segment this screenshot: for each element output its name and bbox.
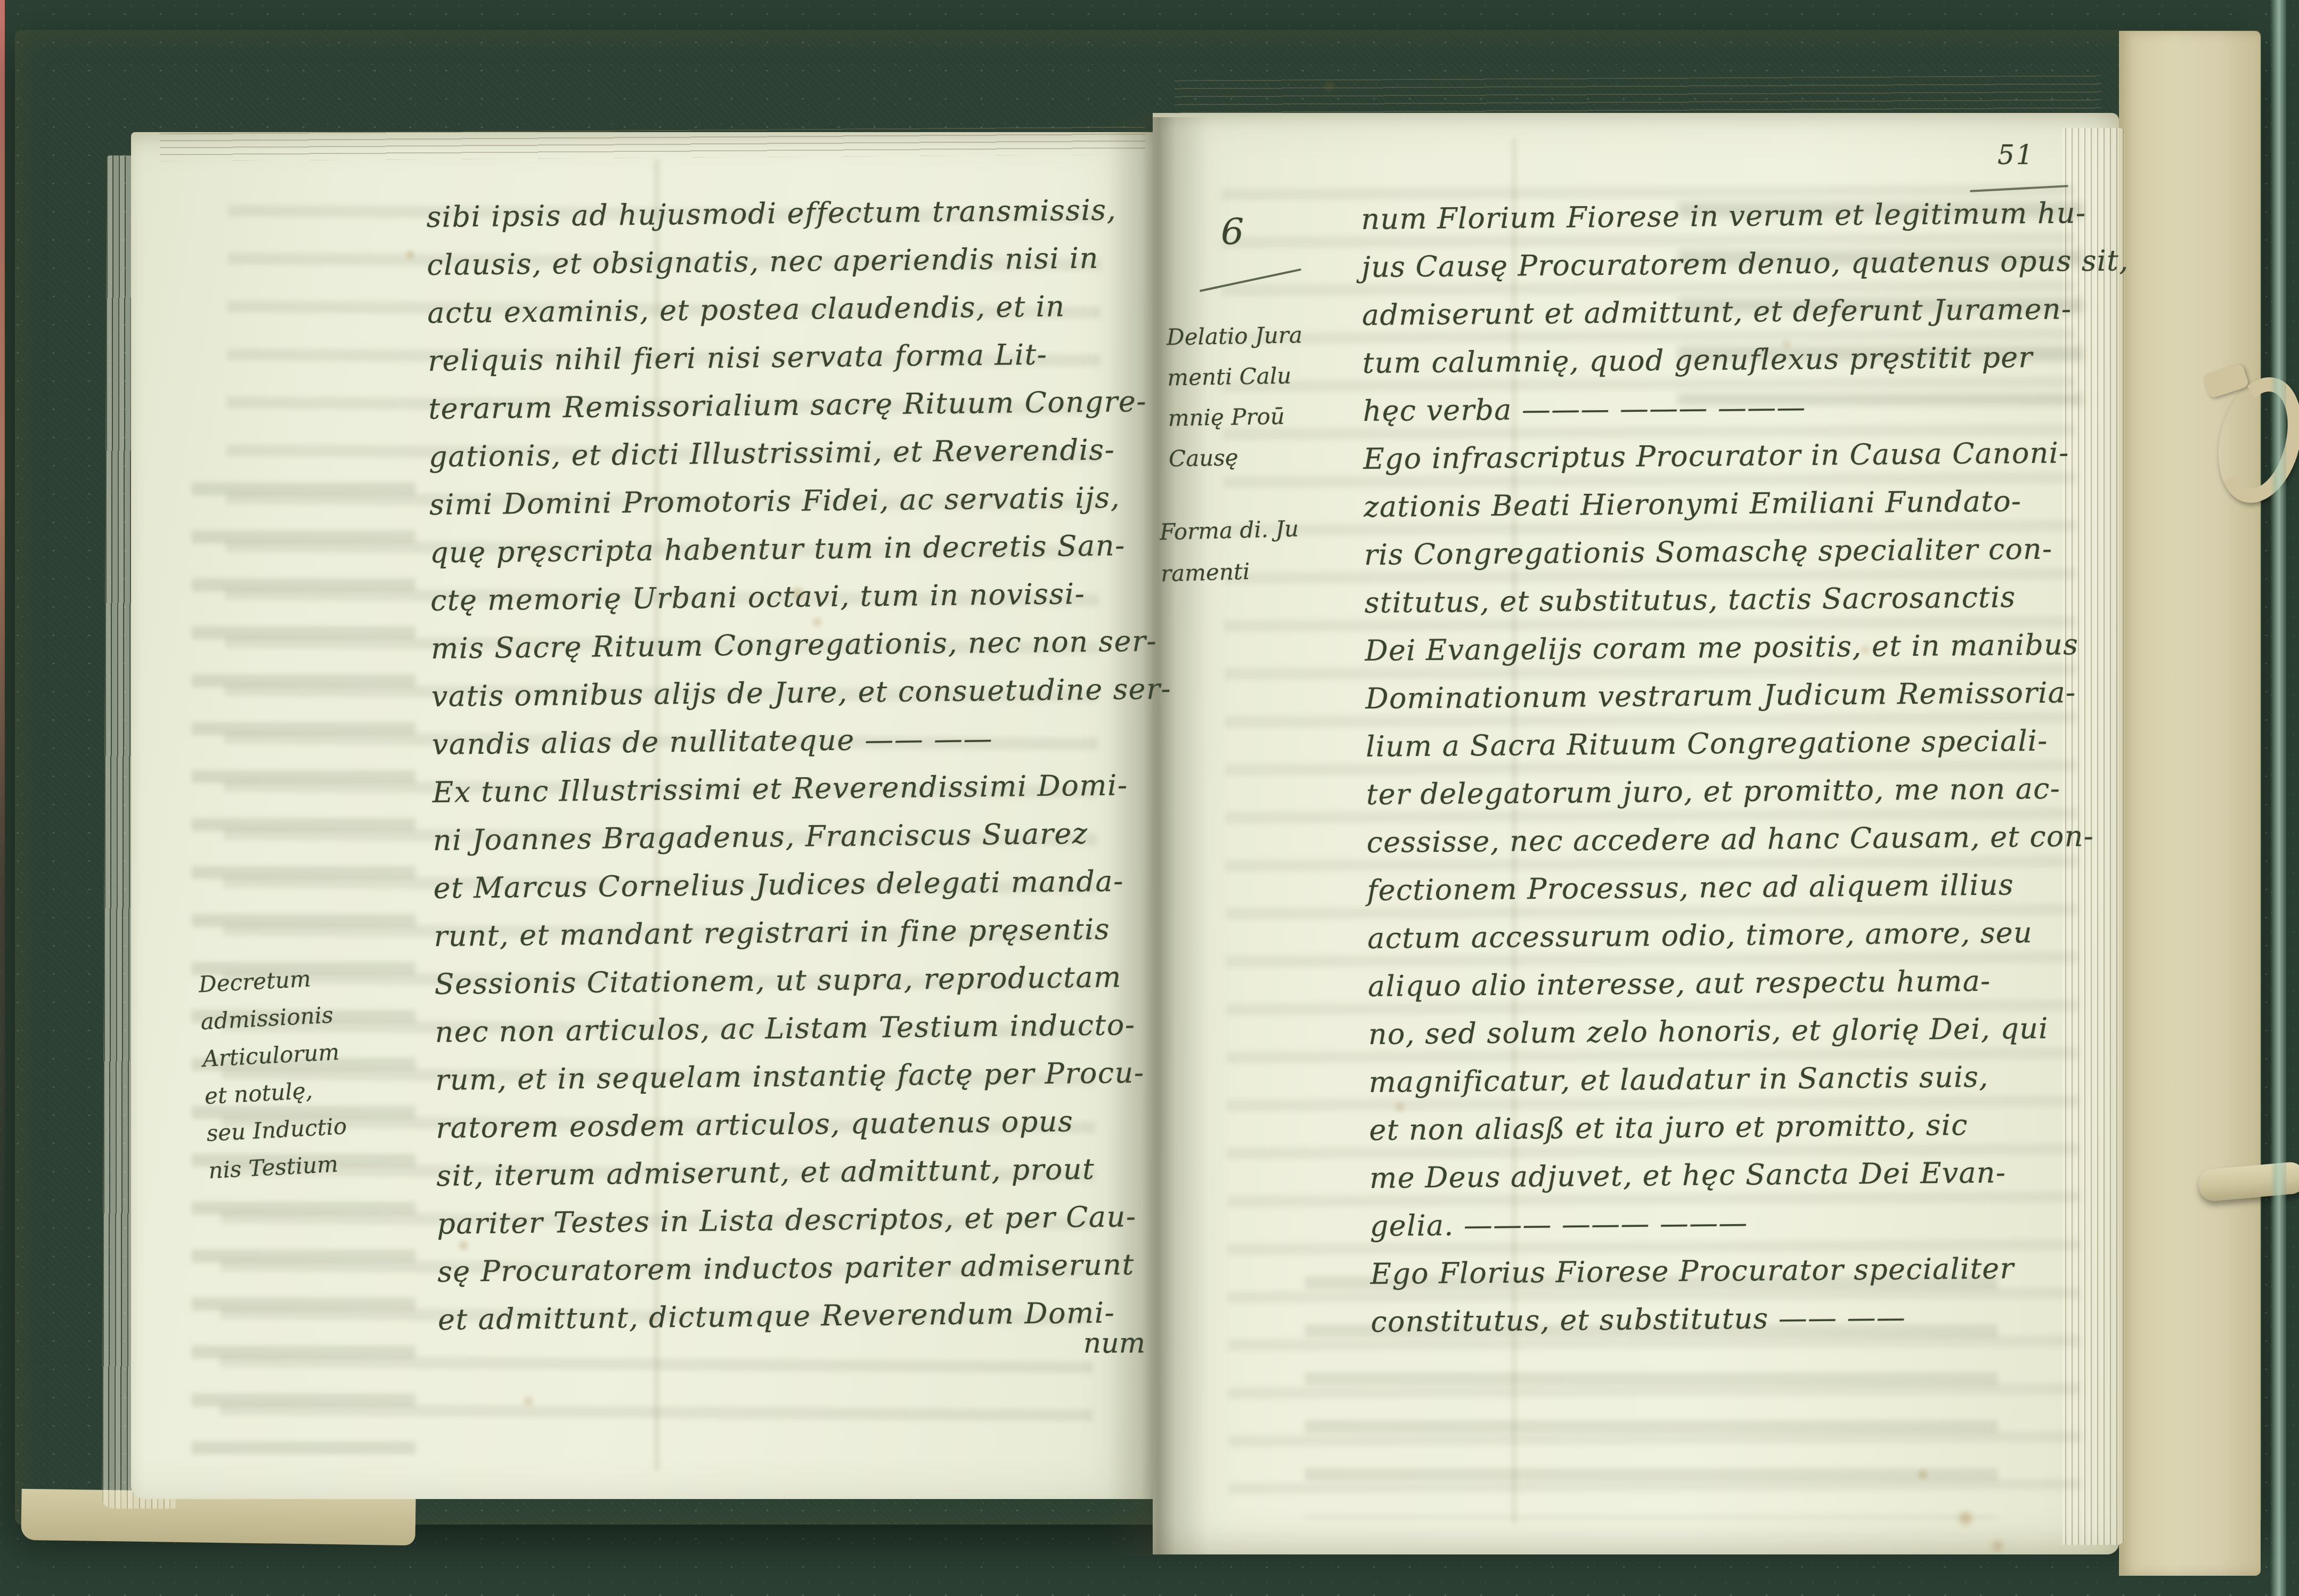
text-line: nec non articulos, ac Listam Testium ind… — [435, 1001, 1160, 1056]
text-line: ctę memorię Urbani octavi, tum in noviss… — [430, 569, 1155, 625]
text-line: vatis omnibus alijs de Jure, et consuetu… — [431, 665, 1156, 721]
text-line: me Deus adjuvet, et hęc Sancta Dei Evan- — [1369, 1148, 2121, 1202]
text-line: mis Sacrę Rituum Congregationis, nec non… — [430, 617, 1155, 673]
glass-plate-edge — [2270, 0, 2286, 1596]
book-cover-right-flap — [2119, 31, 2261, 1576]
text-line: Forma di. Ju — [1159, 506, 1379, 553]
text-line: runt, et mandant registrari in fine pręs… — [434, 905, 1159, 960]
right-page-text: num Florium Fiorese in verum et legitimu… — [1361, 189, 2122, 1346]
text-line: gationis, et dicti Illustrissimi, et Rev… — [429, 426, 1154, 481]
margin-note-decretum: DecretumadmissionisArticulorumet notulę,… — [198, 954, 438, 1190]
text-line: Ego Florius Fiorese Procurator specialit… — [1370, 1244, 2122, 1298]
text-line: ter delegatorum juro, et promitto, me no… — [1366, 764, 2117, 819]
margin-note-forma-juramenti: Forma di. Juramenti — [1159, 506, 1380, 595]
text-line: terarum Remissorialium sacrę Rituum Cong… — [428, 378, 1153, 433]
text-line: rum, et in sequelam instantię factę per … — [435, 1049, 1160, 1104]
text-line: Sessionis Citationem, ut supra, reproduc… — [434, 953, 1159, 1008]
left-page-text: sibi ipsis ad hujusmodi effectum transmi… — [426, 186, 1163, 1344]
manuscript-scan: sibi ipsis ad hujusmodi effectum transmi… — [0, 0, 2299, 1596]
text-line: simi Domini Promotoris Fidei, ac servati… — [429, 474, 1154, 529]
text-line: zationis Beati Hieronymi Emiliani Fundat… — [1364, 477, 2115, 531]
text-line: pariter Testes in Lista descriptos, et p… — [437, 1193, 1162, 1248]
text-line: aliquo alio interesse, aut respectu huma… — [1368, 956, 2119, 1011]
text-line: jus Causę Procuratorem denuo, quatenus o… — [1362, 237, 2113, 291]
text-line: actum accessurum odio, timore, amore, se… — [1367, 908, 2119, 963]
text-line: magnificatur, et laudatur in Sanctis sui… — [1368, 1052, 2120, 1106]
catchword: num — [985, 1328, 1145, 1359]
scan-edge-strip — [0, 0, 5, 1596]
text-line: Ego infrascriptus Procurator in Causa Ca… — [1363, 429, 2115, 483]
text-line: ris Congregationis Somaschę specialiter … — [1364, 525, 2115, 579]
text-line: et Marcus Cornelius Judices delegati man… — [433, 857, 1158, 913]
text-line: sit, iterum admiserunt, et admittunt, pr… — [436, 1145, 1161, 1200]
text-line: reliquis nihil fieri nisi servata forma … — [428, 330, 1153, 385]
text-line: menti Calu — [1167, 354, 1381, 398]
text-line: Dominationum vestrarum Judicum Remissori… — [1365, 669, 2117, 723]
text-line: sibi ipsis ad hujusmodi effectum transmi… — [426, 186, 1151, 241]
text-line: Causę — [1168, 435, 1382, 479]
text-line: ratorem eosdem articulos, quatenus opus — [436, 1097, 1161, 1152]
foxing-spots — [0, 0, 6, 6]
text-line: gelia. ——— ——— ——— — [1369, 1196, 2121, 1250]
text-line: cessisse, nec accedere ad hanc Causam, e… — [1366, 812, 2118, 867]
margin-note-delatio-juramenti: Delatio Juramenti Calumnię ProūCausę — [1166, 314, 1382, 479]
text-line: hęc verba ——— ——— ——— — [1363, 381, 2114, 435]
text-line: ni Joannes Bragadenus, Franciscus Suarez — [433, 809, 1157, 865]
section-number: 6 — [1221, 211, 1244, 253]
text-line: mnię Proū — [1168, 395, 1381, 439]
text-line: lium a Sacra Rituum Congregatione specia… — [1366, 716, 2117, 771]
text-line: num Florium Fiorese in verum et legitimu… — [1361, 189, 2113, 243]
text-line: Dei Evangelijs coram me positis, et in m… — [1365, 621, 2116, 675]
text-line: clausis, et obsignatis, nec aperiendis n… — [427, 234, 1152, 289]
page-number: 51 — [1998, 140, 2035, 170]
text-line: stitutus, et substitutus, tactis Sacrosa… — [1364, 573, 2116, 627]
text-line: sę Procuratorem inductos pariter admiser… — [437, 1241, 1162, 1296]
text-line: admiserunt et admittunt, et deferunt Jur… — [1362, 285, 2114, 339]
text-line: ramenti — [1160, 548, 1380, 595]
text-line: no, sed solum zelo honoris, et glorię De… — [1368, 1004, 2119, 1058]
text-line: vandis alias de nullitateque —— —— — [431, 713, 1156, 769]
text-line: actu examinis, et postea claudendis, et … — [427, 282, 1152, 337]
text-line: fectionem Processus, nec ad aliquem illi… — [1367, 860, 2118, 915]
text-line: tum calumnię, quod genuflexus pręstitit … — [1362, 333, 2114, 387]
right-page-top-edges — [1175, 75, 2101, 118]
text-line: Ex tunc Illustrissimi et Reverendissimi … — [432, 761, 1157, 817]
text-line: et non aliasß et ita juro et promitto, s… — [1369, 1100, 2121, 1154]
text-line: quę pręscripta habentur tum in decretis … — [430, 522, 1155, 577]
text-line: Delatio Jura — [1166, 314, 1380, 358]
text-line: constitutus, et substitutus —— —— — [1371, 1292, 2122, 1346]
